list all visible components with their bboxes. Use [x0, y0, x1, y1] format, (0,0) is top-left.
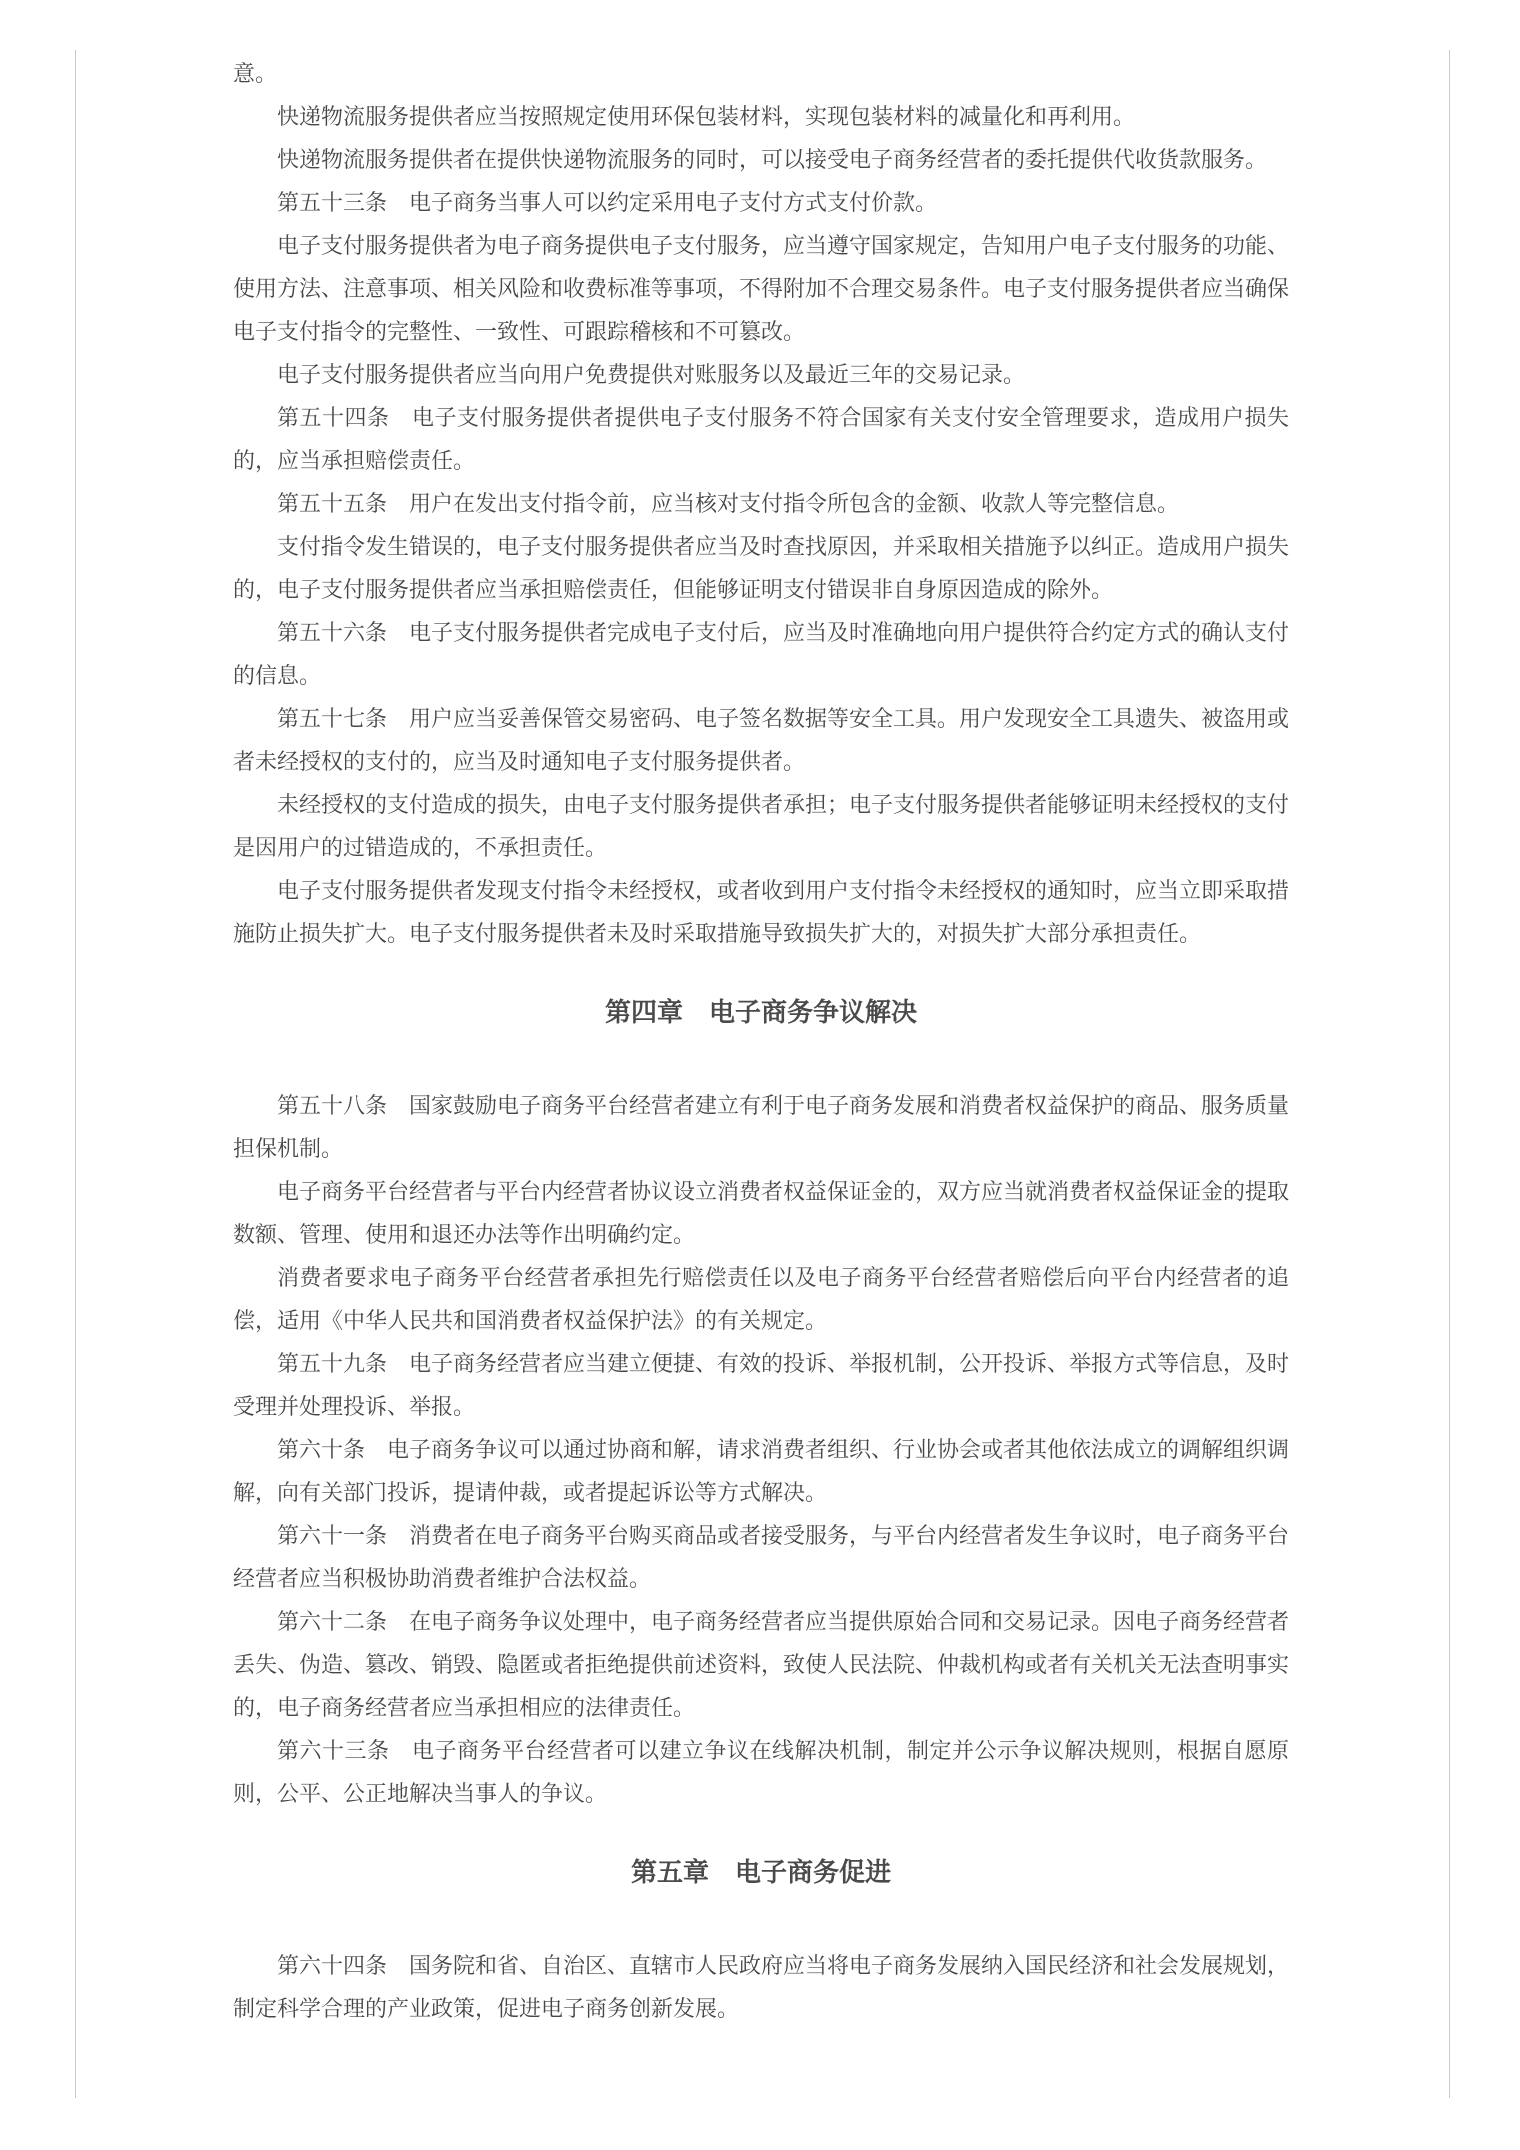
paragraph-article-63: 第六十三条 电子商务平台经营者可以建立争议在线解决机制，制定并公示争议解决规则，… [233, 1729, 1289, 1815]
paragraph: 电子支付服务提供者应当向用户免费提供对账服务以及最近三年的交易记录。 [233, 353, 1289, 396]
paragraph: 消费者要求电子商务平台经营者承担先行赔偿责任以及电子商务平台经营者赔偿后向平台内… [233, 1256, 1289, 1342]
paragraph-article-53: 第五十三条 电子商务当事人可以约定采用电子支付方式支付价款。 [233, 181, 1289, 224]
paragraph-article-64: 第六十四条 国务院和省、自治区、直辖市人民政府应当将电子商务发展纳入国民经济和社… [233, 1944, 1289, 2030]
paragraph-article-56: 第五十六条 电子支付服务提供者完成电子支付后，应当及时准确地向用户提供符合约定方… [233, 611, 1289, 697]
paragraph-article-61: 第六十一条 消费者在电子商务平台购买商品或者接受服务，与平台内经营者发生争议时，… [233, 1514, 1289, 1600]
paragraph: 快递物流服务提供者在提供快递物流服务的同时，可以接受电子商务经营者的委托提供代收… [233, 138, 1289, 181]
paragraph: 未经授权的支付造成的损失，由电子支付服务提供者承担；电子支付服务提供者能够证明未… [233, 783, 1289, 869]
chapter-4-heading: 第四章 电子商务争议解决 [233, 991, 1289, 1034]
paragraph-article-59: 第五十九条 电子商务经营者应当建立便捷、有效的投诉、举报机制，公开投诉、举报方式… [233, 1342, 1289, 1428]
paragraph: 支付指令发生错误的，电子支付服务提供者应当及时查找原因，并采取相关措施予以纠正。… [233, 525, 1289, 611]
paragraph: 电子支付服务提供者为电子商务提供电子支付服务，应当遵守国家规定，告知用户电子支付… [233, 224, 1289, 353]
paragraph-article-62: 第六十二条 在电子商务争议处理中，电子商务经营者应当提供原始合同和交易记录。因电… [233, 1600, 1289, 1729]
paragraph-article-60: 第六十条 电子商务争议可以通过协商和解，请求消费者组织、行业协会或者其他依法成立… [233, 1428, 1289, 1514]
paragraph-article-55: 第五十五条 用户在发出支付指令前，应当核对支付指令所包含的金额、收款人等完整信息… [233, 482, 1289, 525]
document-content: 意。 快递物流服务提供者应当按照规定使用环保包装材料，实现包装材料的减量化和再利… [233, 52, 1289, 2030]
paragraph-article-58: 第五十八条 国家鼓励电子商务平台经营者建立有利于电子商务发展和消费者权益保护的商… [233, 1084, 1289, 1170]
chapter-5-heading: 第五章 电子商务促进 [233, 1851, 1289, 1894]
paragraph: 快递物流服务提供者应当按照规定使用环保包装材料，实现包装材料的减量化和再利用。 [233, 95, 1289, 138]
paragraph-continuation: 意。 [233, 52, 1289, 95]
document-page: 意。 快递物流服务提供者应当按照规定使用环保包装材料，实现包装材料的减量化和再利… [75, 50, 1450, 2098]
paragraph: 电子商务平台经营者与平台内经营者协议设立消费者权益保证金的，双方应当就消费者权益… [233, 1170, 1289, 1256]
paragraph-article-54: 第五十四条 电子支付服务提供者提供电子支付服务不符合国家有关支付安全管理要求，造… [233, 396, 1289, 482]
paragraph-article-57: 第五十七条 用户应当妥善保管交易密码、电子签名数据等安全工具。用户发现安全工具遗… [233, 697, 1289, 783]
paragraph: 电子支付服务提供者发现支付指令未经授权，或者收到用户支付指令未经授权的通知时，应… [233, 869, 1289, 955]
